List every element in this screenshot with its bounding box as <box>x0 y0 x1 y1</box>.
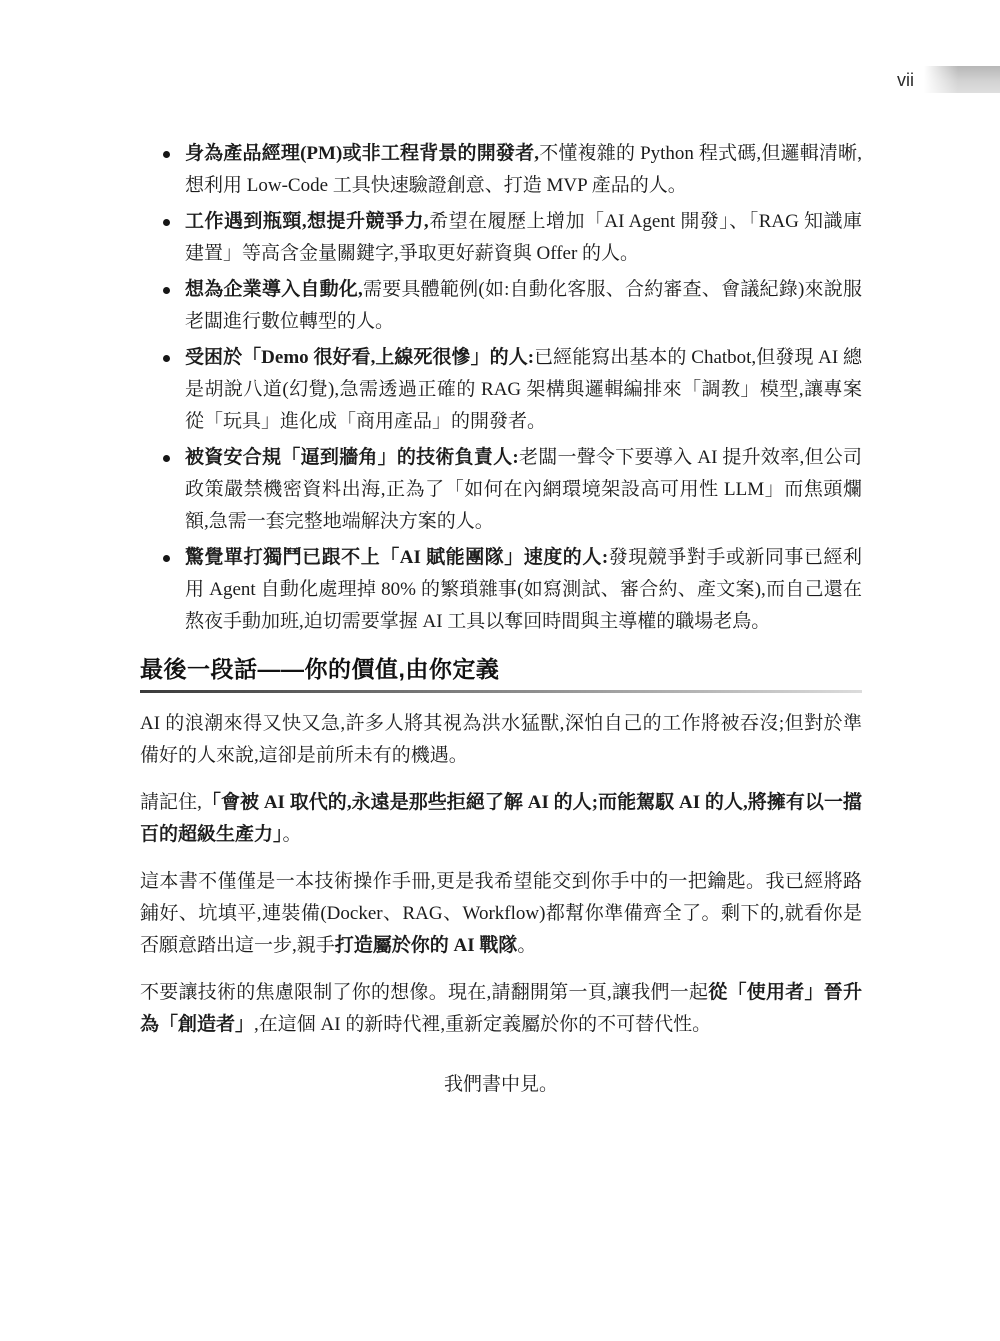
paragraph: 請記住,「會被 AI 取代的,永遠是那些拒絕了解 AI 的人;而能駕馭 AI 的… <box>140 787 862 851</box>
paragraph-text: ,在這個 AI 的新時代裡,重新定義屬於你的不可替代性。 <box>254 1014 711 1035</box>
paragraph: 不要讓技術的焦慮限制了你的想像。現在,請翻開第一頁,讓我們一起從「使用者」晉升為… <box>140 977 862 1041</box>
paragraph-text: AI 的浪潮來得又快又急,許多人將其視為洪水猛獸,深怕自己的工作將被吞沒;但對於… <box>140 713 862 766</box>
bullet-item: 工作遇到瓶頸,想提升競爭力,希望在履歷上增加「AI Agent 開發」、「RAG… <box>140 206 862 270</box>
section-heading-rule <box>140 690 862 693</box>
paragraph: 這本書不僅僅是一本技術操作手冊,更是我希望能交到你手中的一把鑰匙。我已經將路鋪好… <box>140 866 862 962</box>
bullet-lead: 被資安合規「逼到牆角」的技術負責人: <box>185 447 519 468</box>
paragraph-text: 。 <box>517 935 536 956</box>
paragraph-bold: 「會被 AI 取代的,永遠是那些拒絕了解 AI 的人;而能駕馭 AI 的人,將擁… <box>140 792 862 845</box>
closing-line: 我們書中見。 <box>140 1069 862 1101</box>
bullet-lead: 想為企業導入自動化, <box>185 279 363 300</box>
bullet-lead: 驚覺單打獨鬥已跟不上「AI 賦能團隊」速度的人: <box>185 547 608 568</box>
bullet-item: 身為產品經理(PM)或非工程背景的開發者,不懂複雜的 Python 程式碼,但邏… <box>140 138 862 202</box>
page-content: 身為產品經理(PM)或非工程背景的開發者,不懂複雜的 Python 程式碼,但邏… <box>140 138 862 1101</box>
bullet-item: 驚覺單打獨鬥已跟不上「AI 賦能團隊」速度的人:發現競爭對手或新同事已經利用 A… <box>140 542 862 638</box>
audience-list: 身為產品經理(PM)或非工程背景的開發者,不懂複雜的 Python 程式碼,但邏… <box>140 138 862 638</box>
bullet-lead: 身為產品經理(PM)或非工程背景的開發者, <box>185 143 539 164</box>
paragraph-text: 。 <box>283 824 302 845</box>
header-gradient-bar <box>924 66 1000 93</box>
paragraph-text: 請記住, <box>140 792 202 813</box>
book-page: { "page": { "number": "vii" }, "colors":… <box>0 0 1000 1341</box>
bullet-item: 被資安合規「逼到牆角」的技術負責人:老闆一聲令下要導入 AI 提升效率,但公司政… <box>140 442 862 538</box>
paragraph: AI 的浪潮來得又快又急,許多人將其視為洪水猛獸,深怕自己的工作將被吞沒;但對於… <box>140 708 862 772</box>
bullet-item: 受困於「Demo 很好看,上線死很慘」的人:已經能寫出基本的 Chatbot,但… <box>140 342 862 438</box>
section-heading: 最後一段話——你的價值,由你定義 <box>140 654 862 684</box>
paragraph-bold: 打造屬於你的 AI 戰隊 <box>335 935 518 956</box>
page-number: vii <box>897 68 914 92</box>
paragraph-text: 不要讓技術的焦慮限制了你的想像。現在,請翻開第一頁,讓我們一起 <box>140 982 708 1003</box>
bullet-lead: 工作遇到瓶頸,想提升競爭力, <box>185 211 429 232</box>
bullet-lead: 受困於「Demo 很好看,上線死很慘」的人: <box>185 347 534 368</box>
bullet-item: 想為企業導入自動化,需要具體範例(如:自動化客服、合約審查、會議紀錄)來說服老闆… <box>140 274 862 338</box>
